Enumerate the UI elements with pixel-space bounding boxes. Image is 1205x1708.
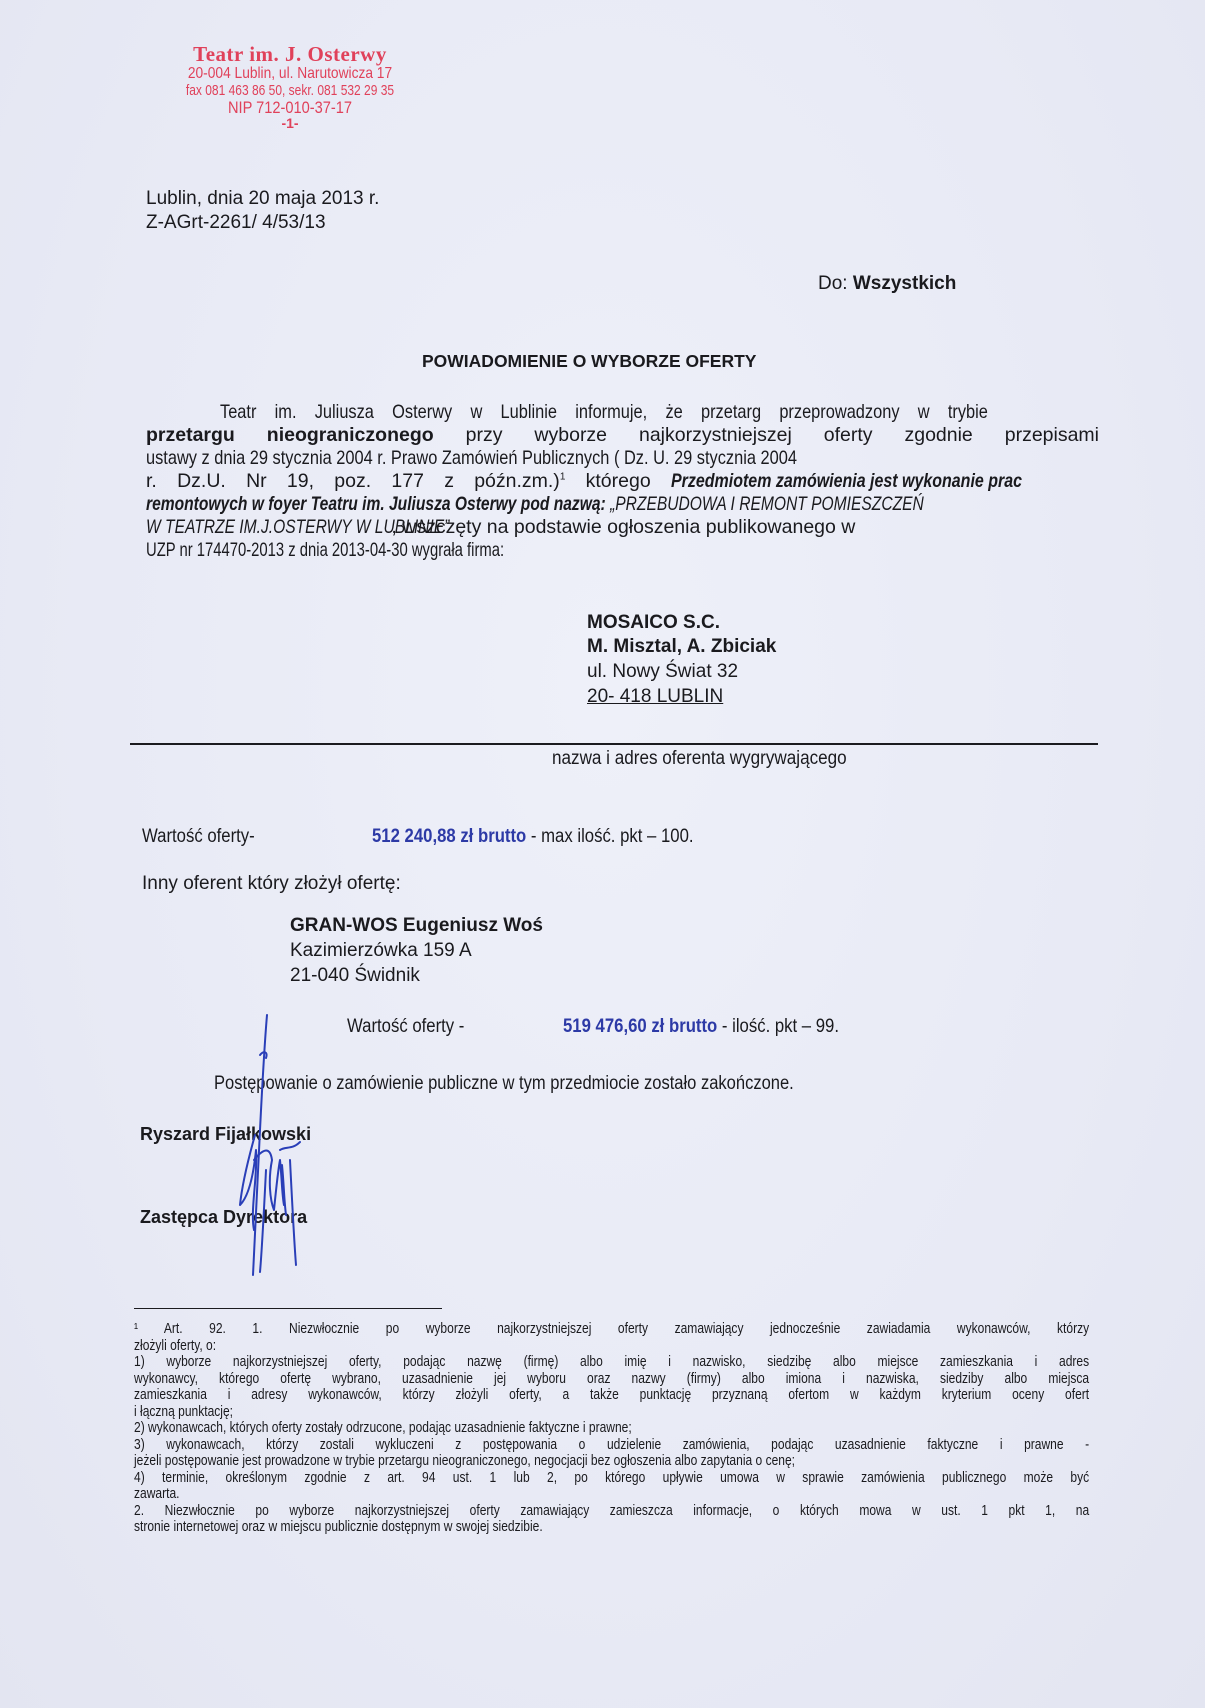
stamp-phones: fax 081 463 86 50, sekr. 081 532 29 35 <box>170 83 410 98</box>
other-value-label: Wartość oferty - <box>347 1016 480 1038</box>
body-line-7: UZP nr 174470-2013 z dnia 2013-04-30 wyg… <box>146 539 1099 562</box>
body-line-2: przetargu nieograniczonego przy wyborze … <box>146 424 1099 447</box>
closing-statement: Postępowanie o zamówienie publiczne w ty… <box>214 1073 880 1095</box>
body-line-5: remontowych w foyer Teatru im. Juliusza … <box>146 493 1099 516</box>
place-date: Lublin, dnia 20 maja 2013 r. <box>146 188 379 210</box>
winner-offer-value: 512 240,88 zł brutto <box>372 826 526 847</box>
signatory-name: Ryszard Fijałkowski <box>140 1124 311 1145</box>
footnote-line: zawarta. <box>134 1486 1089 1503</box>
winner-caption: nazwa i adres oferenta wygrywającego <box>552 748 879 770</box>
handwritten-signature-icon <box>220 1010 330 1280</box>
body-line-3: ustawy z dnia 29 stycznia 2004 r. Prawo … <box>146 447 1099 470</box>
recipient-label: Do: <box>818 273 848 294</box>
body-line-1: Teatr im. Juliusza Osterwy w Lublinie in… <box>146 401 1099 424</box>
footnote-line: 2) wykonawcach, których oferty zostały o… <box>134 1420 1089 1437</box>
winner-value-line: 512 240,88 zł brutto - max ilość. pkt – … <box>372 826 737 848</box>
footnote-line: 1) wyborze najkorzystniejszej oferty, po… <box>134 1354 1089 1371</box>
body-line-4: r. Dz.U. Nr 19, poz. 177 z późn.zm.)1 kt… <box>146 470 1099 493</box>
divider-line <box>130 743 1098 745</box>
document-title: POWIADOMIENIE O WYBORZE OFERTY <box>422 351 756 372</box>
footnote-line: 4) terminie, określonym zgodnie z art. 9… <box>134 1470 1089 1487</box>
other-value-line: 519 476,60 zł brutto - ilość. pkt – 99. <box>563 1016 877 1038</box>
footnote-line: i łączną punktację; <box>134 1404 1089 1421</box>
winner-points: - max ilość. pkt – 100. <box>526 826 693 847</box>
footnote-line: zamieszkania i adresy wykonawców, którzy… <box>134 1387 1089 1404</box>
footnote-line: 3) wykonawcach, którzy zostali wykluczen… <box>134 1437 1089 1454</box>
recipient-line: Do: Wszystkich <box>818 273 956 295</box>
signatory-role: Zastępca Dyrektora <box>140 1207 307 1228</box>
tender-mode: przetargu nieograniczonego <box>146 424 434 446</box>
body-line-6: W TEATRZE IM.J.OSTERWY W LUBLINIE” , wsz… <box>146 516 1099 539</box>
footnote: ¹ Art. 92. 1. Niezwłocznie po wyborze na… <box>134 1321 1089 1536</box>
footnote-line: złożyli oferty, o: <box>134 1338 1089 1355</box>
recipient: Wszystkich <box>853 273 956 294</box>
winner-value-label: Wartość oferty- <box>142 826 270 848</box>
other-bidder-street: Kazimierzówka 159 A <box>290 940 472 962</box>
institution-stamp: Teatr im. J. Osterwy 20-004 Lublin, ul. … <box>140 44 440 130</box>
winner-owners: M. Misztal, A. Zbiciak <box>587 636 776 658</box>
body-paragraph: Teatr im. Juliusza Osterwy w Lublinie in… <box>146 401 1099 562</box>
other-bidder-city: 21-040 Świdnik <box>290 965 420 987</box>
document-page: Teatr im. J. Osterwy 20-004 Lublin, ul. … <box>0 0 1205 1708</box>
winner-street: ul. Nowy Świat 32 <box>587 661 738 683</box>
other-offer-value: 519 476,60 zł brutto <box>563 1016 717 1037</box>
reference-number: Z-AGrt-2261/ 4/53/13 <box>146 212 326 234</box>
other-bidder-name: GRAN-WOS Eugeniusz Woś <box>290 915 543 937</box>
winner-name: MOSAICO S.C. <box>587 612 720 634</box>
page-number: -1- <box>140 116 440 130</box>
stamp-address: 20-004 Lublin, ul. Narutowicza 17 <box>161 66 419 82</box>
footnote-line: stronie internetowej oraz w miejscu publ… <box>134 1519 1089 1536</box>
other-points: - ilość. pkt – 99. <box>717 1016 839 1037</box>
footnote-line: ¹ Art. 92. 1. Niezwłocznie po wyborze na… <box>134 1321 1089 1338</box>
footnote-line: wykonawcy, którego ofertę wybrano, uzasa… <box>134 1371 1089 1388</box>
stamp-title: Teatr im. J. Osterwy <box>140 44 440 65</box>
other-bidder-intro: Inny oferent który złożył ofertę: <box>142 873 401 895</box>
stamp-nip: NIP 712-010-37-17 <box>161 99 419 116</box>
footnote-divider <box>134 1308 442 1309</box>
footnote-line: 2. Niezwłocznie po wyborze najkorzystnie… <box>134 1503 1089 1520</box>
footnote-line: jeżeli postępowanie jest prowadzone w tr… <box>134 1453 1089 1470</box>
winner-city: 20- 418 LUBLIN <box>587 686 723 708</box>
